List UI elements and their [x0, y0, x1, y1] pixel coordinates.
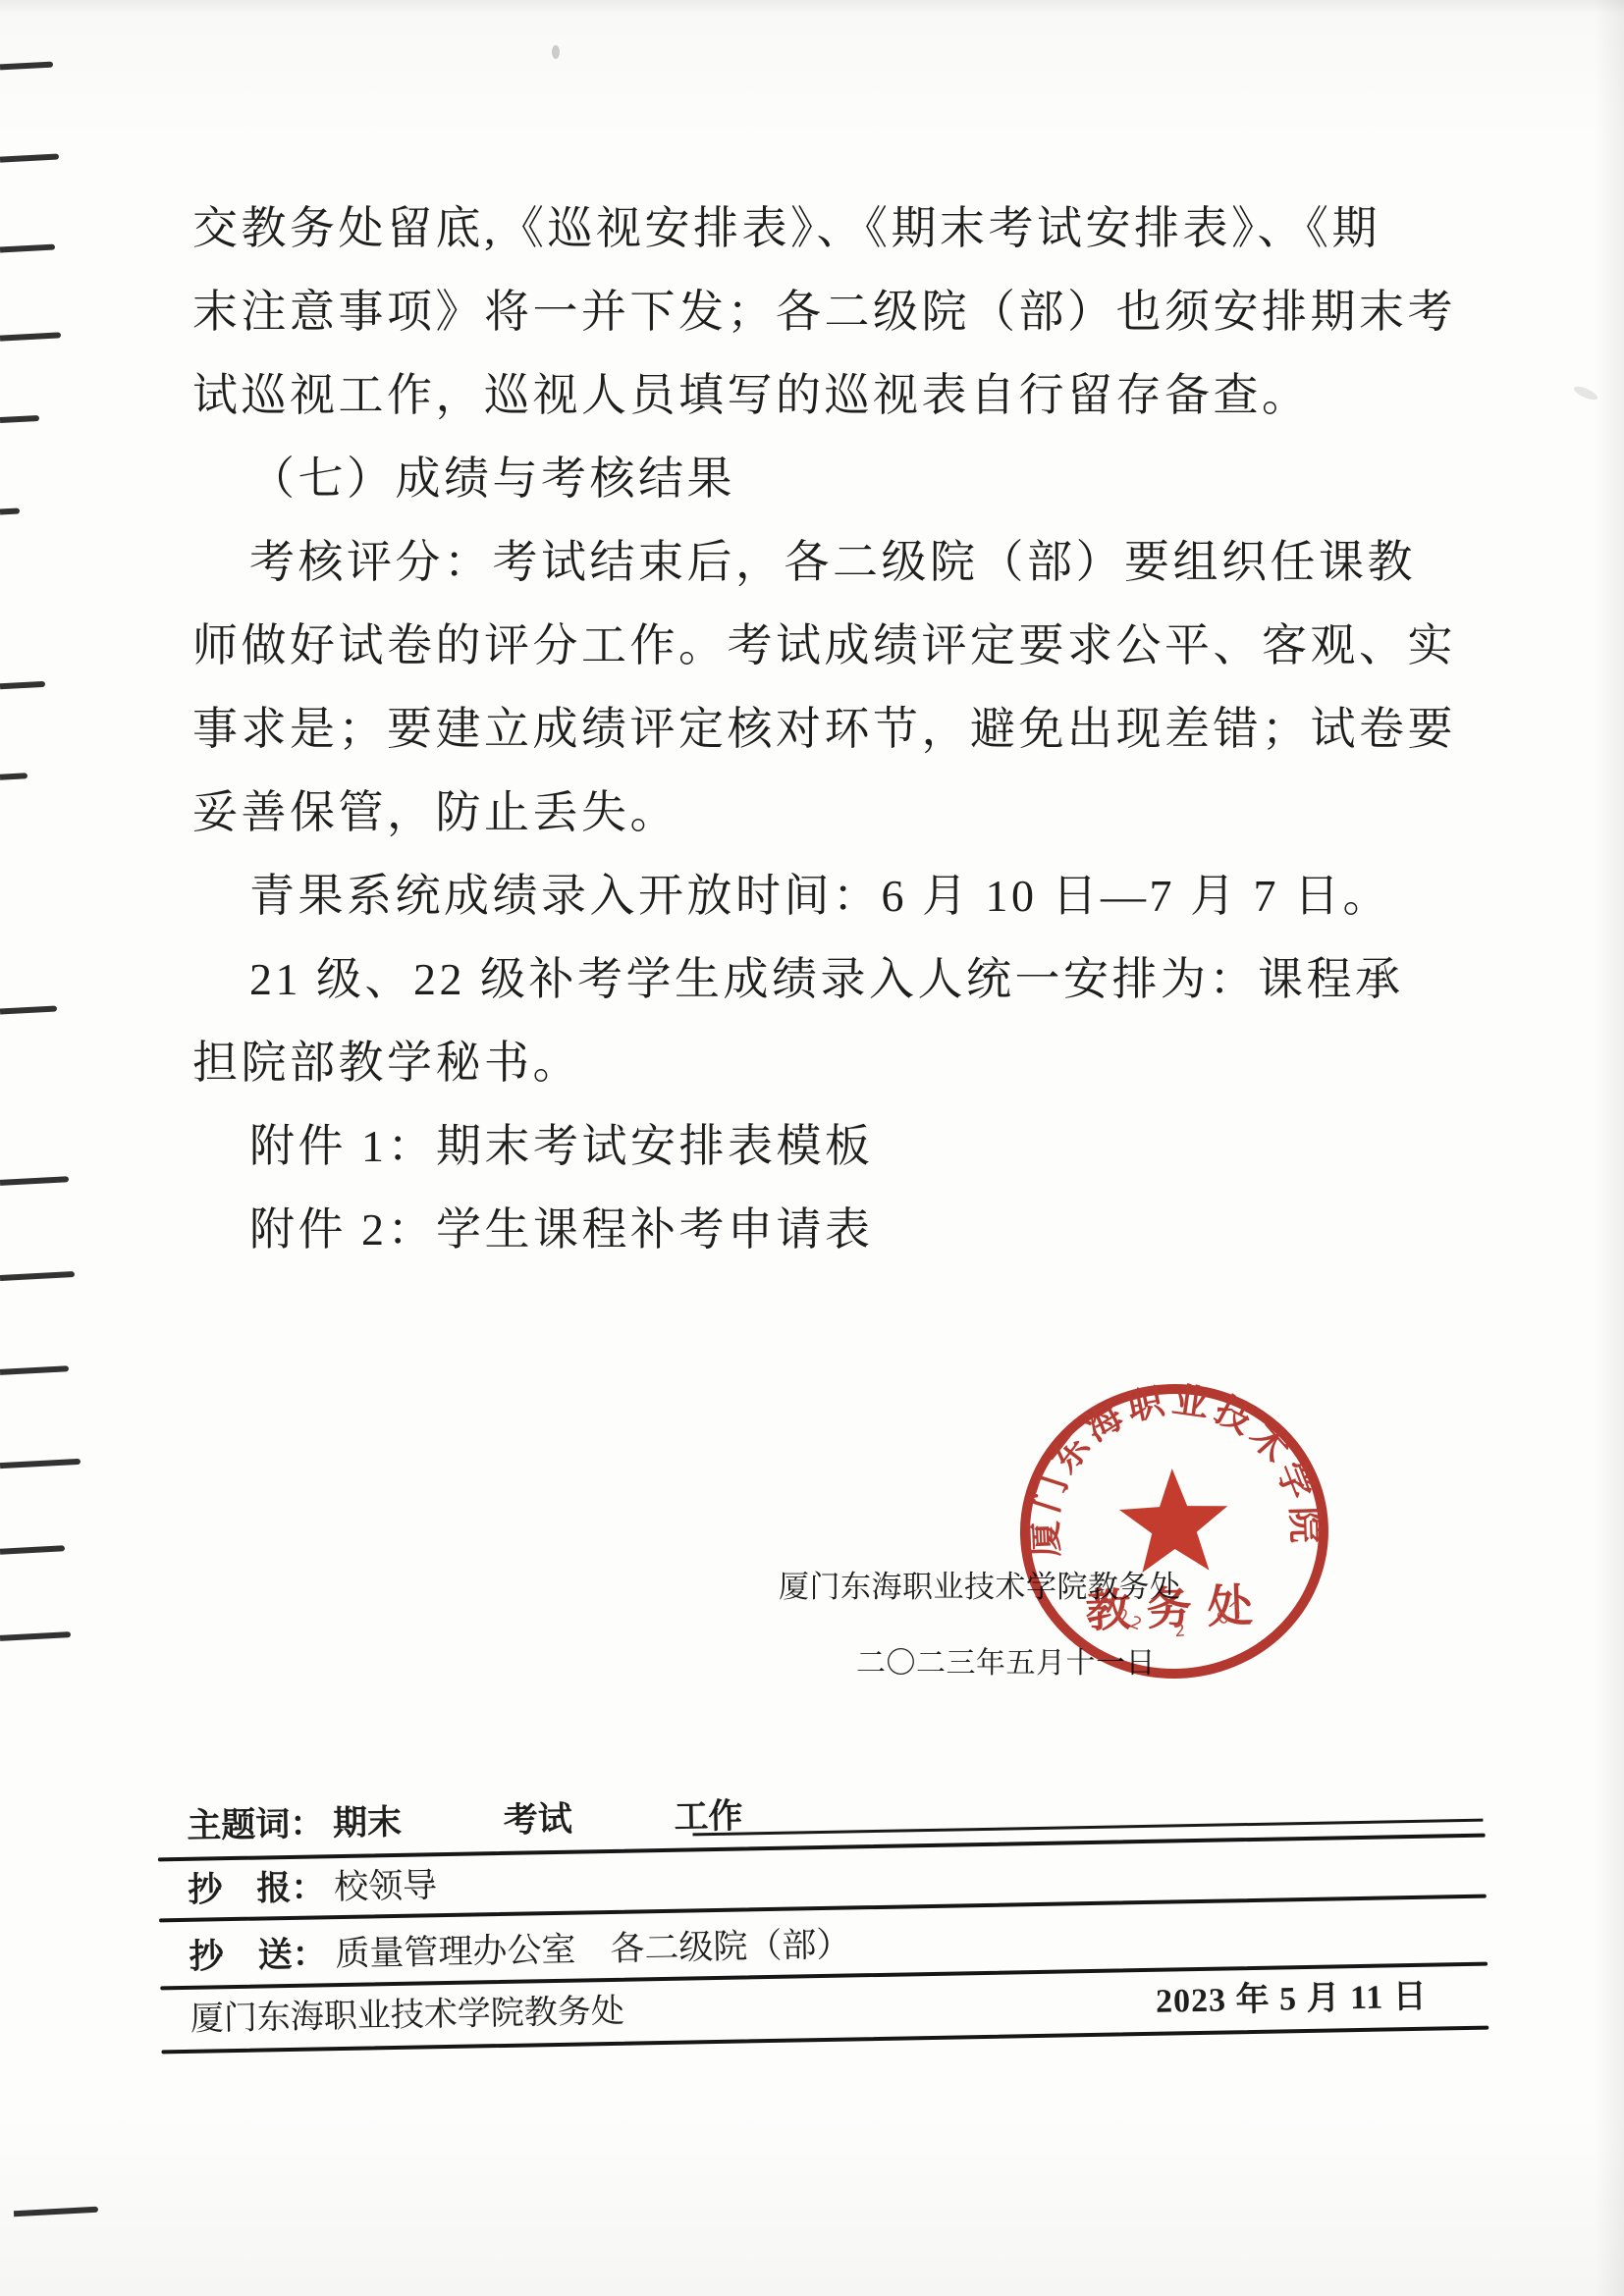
body-line: 考核评分：考试结束后，各二级院（部）要组织任课教 [192, 520, 1461, 604]
keywords-label: 主题词： [187, 1804, 325, 1845]
copy-report-label: 抄 报： [188, 1868, 326, 1909]
binding-mark [0, 332, 61, 341]
binding-mark [0, 244, 55, 253]
body-line: 末注意事项》将一并下发；各二级院（部）也须安排期末考 [192, 270, 1461, 353]
scan-speck [552, 45, 560, 59]
body-line: 交教务处留底,《巡视安排表》、《期末考试安排表》、《期 [192, 187, 1461, 270]
copy-report-value: 校领导 [334, 1866, 438, 1906]
body-line: 师做好试卷的评分工作。考试成绩评定要求公平、客观、实 [192, 604, 1461, 687]
copy-send-value: 质量管理办公室 各二级院（部） [335, 1925, 851, 1973]
binding-mark [0, 507, 20, 514]
keywords-row: 主题词： 期末 考试 工作 [157, 1775, 1486, 1856]
binding-mark [0, 1176, 69, 1186]
body-line: 妥善保管，防止丢失。 [192, 771, 1461, 854]
binding-mark [0, 1631, 71, 1641]
binding-mark [0, 1459, 81, 1468]
binding-mark [0, 153, 59, 162]
binding-mark [0, 1005, 57, 1014]
binding-mark [0, 1545, 65, 1554]
scan-edge-shadow [0, 0, 1624, 14]
binding-mark [14, 2207, 98, 2216]
copy-send-label: 抄 送： [189, 1935, 327, 1976]
body-line: 21 级、22 级补考学生成绩录入人统一安排为：课程承 [192, 937, 1461, 1021]
binding-mark [0, 415, 39, 423]
body-line: 事求是；要建立成绩评定核对环节，避免出现差错；试卷要 [192, 687, 1461, 771]
body-line-section-heading: （七）成绩与考核结果 [192, 437, 1461, 520]
footer-table: 主题词： 期末 考试 工作 抄 报： 校领导 抄 送： 质量管理办公室 各二级院… [157, 1763, 1489, 2064]
issuer-name: 厦门东海职业技术学院教务处 [189, 1987, 624, 2046]
document-body: 交教务处留底,《巡视安排表》、《期末考试安排表》、《期 末注意事项》将一并下发；… [192, 187, 1461, 1271]
stamp-star [1118, 1467, 1230, 1574]
official-seal: 厦门东海职业技术学院 教务处 3502 2 07 [1004, 1370, 1345, 1694]
keyword: 考试 [503, 1791, 572, 1849]
body-line: 试巡视工作，巡视人员填写的巡视表自行留存备查。 [192, 353, 1461, 437]
body-line: 青果系统成绩录入开放时间：6 月 10 日—7 月 7 日。 [192, 854, 1461, 937]
body-line-attachment-1: 附件 1：期末考试安排表模板 [192, 1104, 1461, 1188]
keyword: 工作 [674, 1788, 743, 1845]
binding-mark [0, 1271, 75, 1281]
copy-send-row: 抄 送： 质量管理办公室 各二级院（部） [159, 1908, 1488, 1984]
copy-report-row: 抄 报： 校领导 [158, 1842, 1487, 1917]
keyword: 期末 [332, 1794, 402, 1852]
binding-mark [0, 773, 27, 779]
binding-mark [0, 62, 53, 71]
body-line: 担院部教学秘书。 [192, 1021, 1461, 1104]
issue-date: 2023 年 5 月 11 日 [1156, 1972, 1429, 2028]
body-line-attachment-2: 附件 2：学生课程补考申请表 [192, 1188, 1461, 1271]
document-page: 交教务处留底,《巡视安排表》、《期末考试安排表》、《期 末注意事项》将一并下发；… [0, 0, 1624, 2296]
scan-edge-shadow [1595, 0, 1624, 2296]
binding-mark [0, 1365, 69, 1375]
binding-mark [0, 681, 45, 689]
